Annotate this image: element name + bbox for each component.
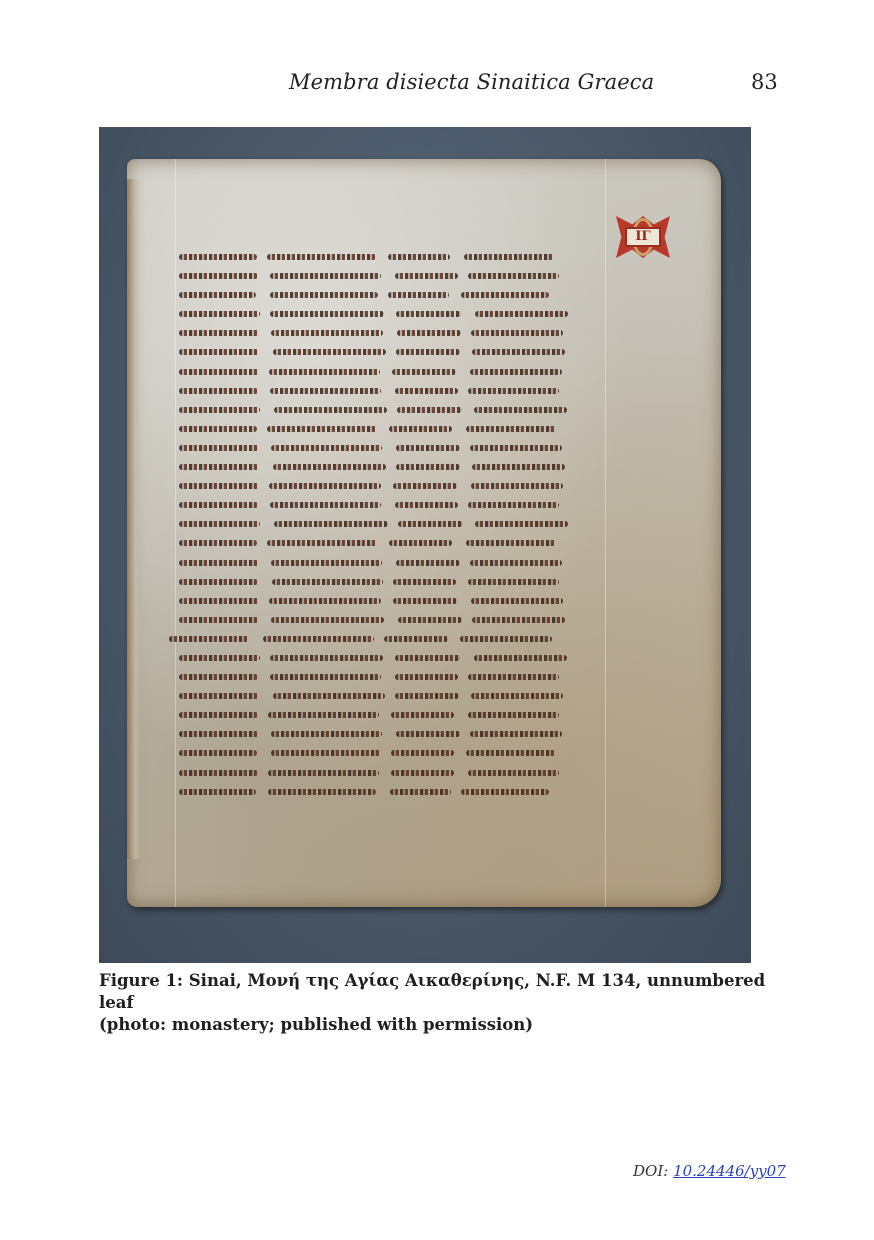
manuscript-line [179, 648, 599, 667]
manuscript-line [179, 419, 599, 438]
manuscript-line [179, 629, 599, 648]
manuscript-line [179, 400, 599, 419]
doi-label: DOI: [633, 1162, 673, 1180]
manuscript-line [179, 610, 599, 629]
quire-number: ΙΓ [625, 227, 661, 247]
page-number: 83 [751, 70, 778, 94]
manuscript-line [179, 533, 599, 552]
ruling-line [605, 159, 606, 907]
doi-link[interactable]: 10.24446/yy07 [673, 1162, 786, 1180]
manuscript-line [179, 705, 599, 724]
manuscript-text-block [179, 247, 599, 801]
manuscript-line [179, 381, 599, 400]
manuscript-line [179, 743, 599, 762]
quire-ornament: ΙΓ [612, 214, 674, 260]
manuscript-line [179, 667, 599, 686]
manuscript-line [179, 495, 599, 514]
manuscript-line [179, 247, 599, 266]
leaf-worn-edge [127, 179, 141, 859]
manuscript-line [179, 476, 599, 495]
manuscript-line [179, 362, 599, 381]
manuscript-line [179, 763, 599, 782]
manuscript-line [179, 686, 599, 705]
manuscript-leaf: ΙΓ [127, 159, 721, 907]
running-head: Membra disiecta Sinaitica Graeca [289, 70, 654, 94]
figure-caption: Figure 1: Sinai, Μονή της Αγίας Αικαθερί… [99, 970, 799, 1036]
manuscript-line [179, 266, 599, 285]
doi-footer: DOI: 10.24446/yy07 [633, 1162, 786, 1180]
manuscript-line [179, 342, 599, 361]
figure-photo: ΙΓ [99, 127, 751, 963]
manuscript-line [179, 782, 599, 801]
manuscript-line [179, 304, 599, 323]
caption-line-1: Figure 1: Sinai, Μονή της Αγίας Αικαθερί… [99, 970, 799, 1014]
manuscript-line [179, 572, 599, 591]
manuscript-line [179, 285, 599, 304]
ruling-line [175, 159, 176, 907]
manuscript-line [179, 457, 599, 476]
manuscript-line [179, 724, 599, 743]
manuscript-line [179, 514, 599, 533]
manuscript-line [179, 591, 599, 610]
manuscript-line [179, 323, 599, 342]
manuscript-line [179, 438, 599, 457]
caption-line-2: (photo: monastery; published with permis… [99, 1014, 799, 1036]
manuscript-line [179, 553, 599, 572]
